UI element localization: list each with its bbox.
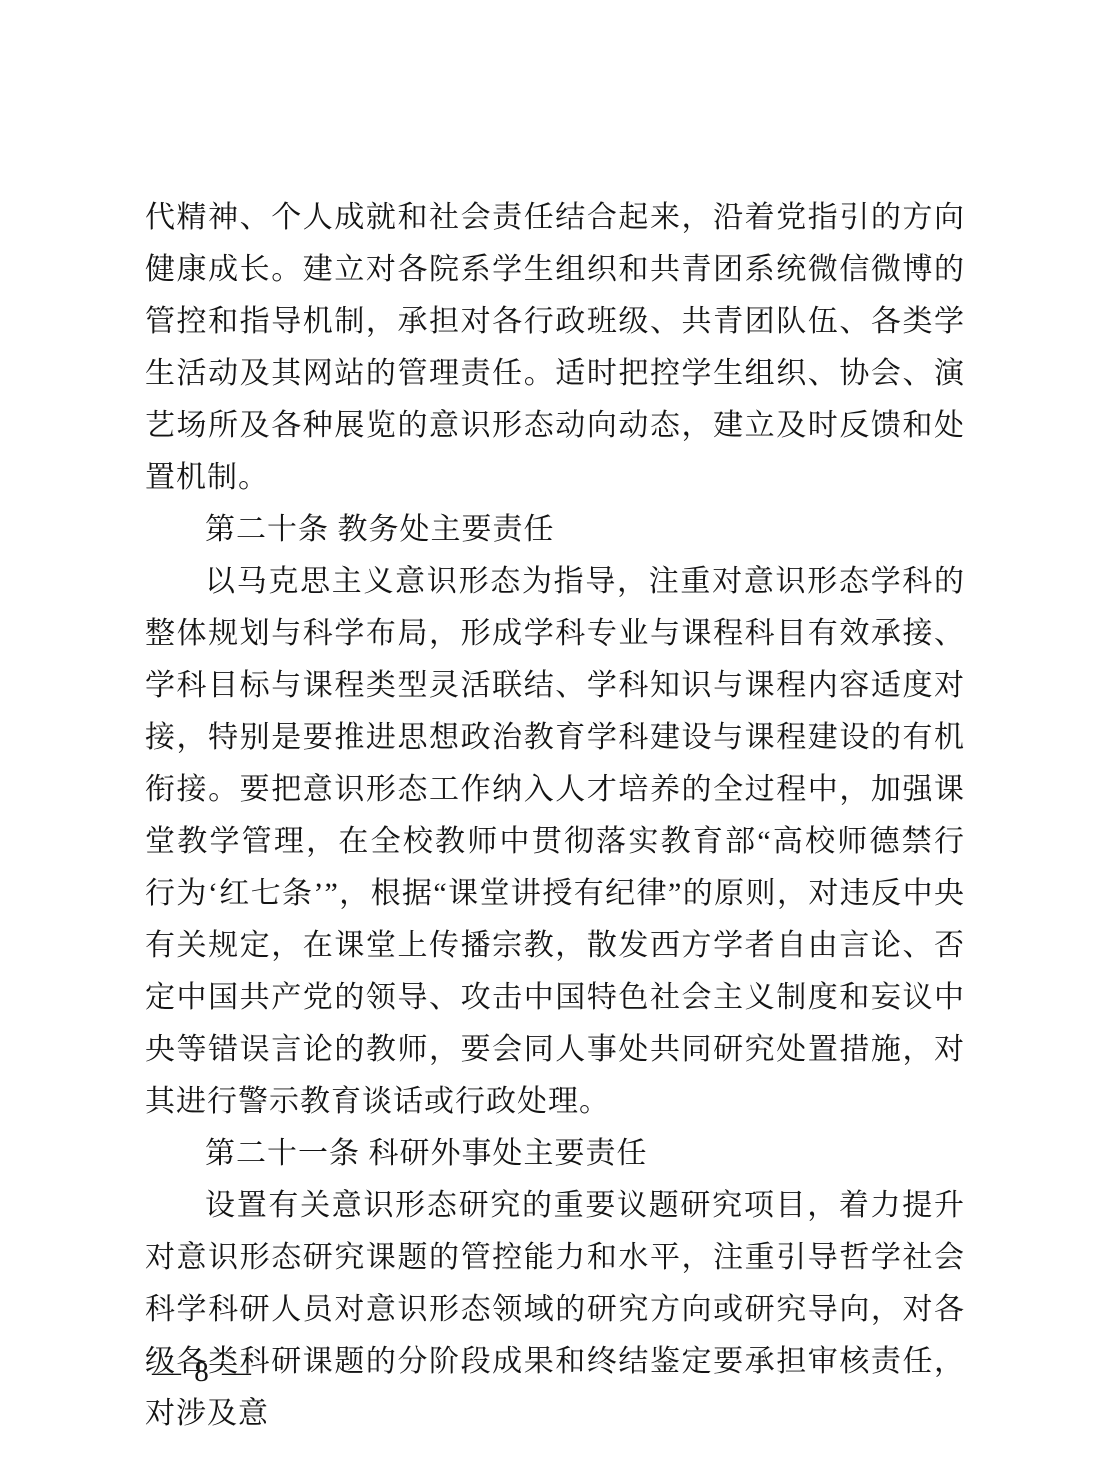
paragraph: 设置有关意识形态研究的重要议题研究项目，着力提升对意识形态研究课题的管控能力和水… [145, 1180, 965, 1440]
paragraph: 代精神、个人成就和社会责任结合起来，沿着党指引的方向健康成长。建立对各院系学生组… [145, 192, 965, 504]
document-page: 代精神、个人成就和社会责任结合起来，沿着党指引的方向健康成长。建立对各院系学生组… [0, 0, 1096, 1479]
document-body: 代精神、个人成就和社会责任结合起来，沿着党指引的方向健康成长。建立对各院系学生组… [145, 192, 965, 1440]
page-number: — 8 — [152, 1356, 254, 1389]
heading: 第二十一条 科研外事处主要责任 [145, 1128, 965, 1180]
heading: 第二十条 教务处主要责任 [145, 504, 965, 556]
paragraph: 以马克思主义意识形态为指导，注重对意识形态学科的整体规划与科学布局，形成学科专业… [145, 556, 965, 1128]
